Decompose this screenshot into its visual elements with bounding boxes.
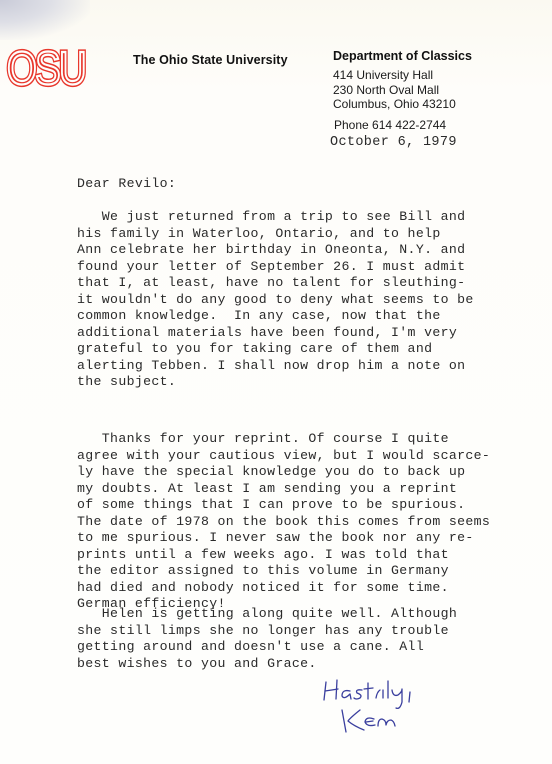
typed-line: common knowledge. In any case, now that …: [77, 308, 474, 325]
address-line: 414 University Hall: [333, 68, 456, 83]
typed-line: of some things that I can prove to be sp…: [77, 497, 490, 514]
typed-line: prints until a few weeks ago. I was told…: [77, 547, 490, 564]
typed-line: Thanks for your reprint. Of course I qui…: [77, 431, 490, 448]
address-line: 230 North Oval Mall: [333, 83, 456, 98]
typed-line: additional materials have been found, I'…: [77, 325, 474, 342]
typed-line: that I, at least, have no talent for sle…: [77, 275, 474, 292]
typed-line: We just returned from a trip to see Bill…: [77, 209, 474, 226]
typed-line: had died and nobody noticed it for some …: [77, 580, 490, 597]
typed-line: my doubts. At least I am sending you a r…: [77, 481, 490, 498]
paragraph: We just returned from a trip to see Bill…: [77, 209, 474, 391]
svg-text:OSU: OSU: [7, 42, 85, 92]
typed-line: alerting Tebben. I shall now drop him a …: [77, 358, 474, 375]
department-name: Department of Classics: [333, 49, 472, 63]
typed-line: it wouldn't do any good to deny what see…: [77, 292, 474, 309]
address-line: Columbus, Ohio 43210: [333, 97, 456, 112]
typed-line: the subject.: [77, 374, 474, 391]
typed-line: grateful to you for taking care of them …: [77, 341, 474, 358]
department-phone: Phone 614 422-2744: [334, 118, 446, 132]
letter-date: October 6, 1979: [330, 135, 457, 150]
paragraph: Helen is getting along quite well. Altho…: [77, 606, 457, 672]
paper-corner-shadow: [0, 0, 90, 40]
paragraph: Thanks for your reprint. Of course I qui…: [77, 431, 490, 613]
salutation: Dear Revilo:: [77, 176, 176, 191]
typed-line: best wishes to you and Grace.: [77, 656, 457, 673]
typed-line: she still limps she no longer has any tr…: [77, 623, 457, 640]
typed-line: Ann celebrate her birthday in Oneonta, N…: [77, 242, 474, 259]
typed-line: getting around and doesn't use a cane. A…: [77, 639, 457, 656]
osu-logo: OSU OSU: [6, 42, 88, 92]
letter-page: OSU OSU The Ohio State University Depart…: [0, 0, 552, 764]
typed-line: Helen is getting along quite well. Altho…: [77, 606, 457, 623]
typed-line: to me spurious. I never saw the book nor…: [77, 530, 490, 547]
university-name: The Ohio State University: [133, 53, 288, 67]
typed-line: agree with your cautious view, but I wou…: [77, 448, 490, 465]
typed-line: The date of 1978 on the book this comes …: [77, 514, 490, 531]
typed-line: the editor assigned to this volume in Ge…: [77, 563, 490, 580]
typed-line: found your letter of September 26. I mus…: [77, 259, 474, 276]
typed-line: his family in Waterloo, Ontario, and to …: [77, 226, 474, 243]
handwritten-signature: [320, 678, 500, 758]
typed-line: ly have the special knowledge you do to …: [77, 464, 490, 481]
department-address: 414 University Hall 230 North Oval Mall …: [333, 68, 456, 112]
